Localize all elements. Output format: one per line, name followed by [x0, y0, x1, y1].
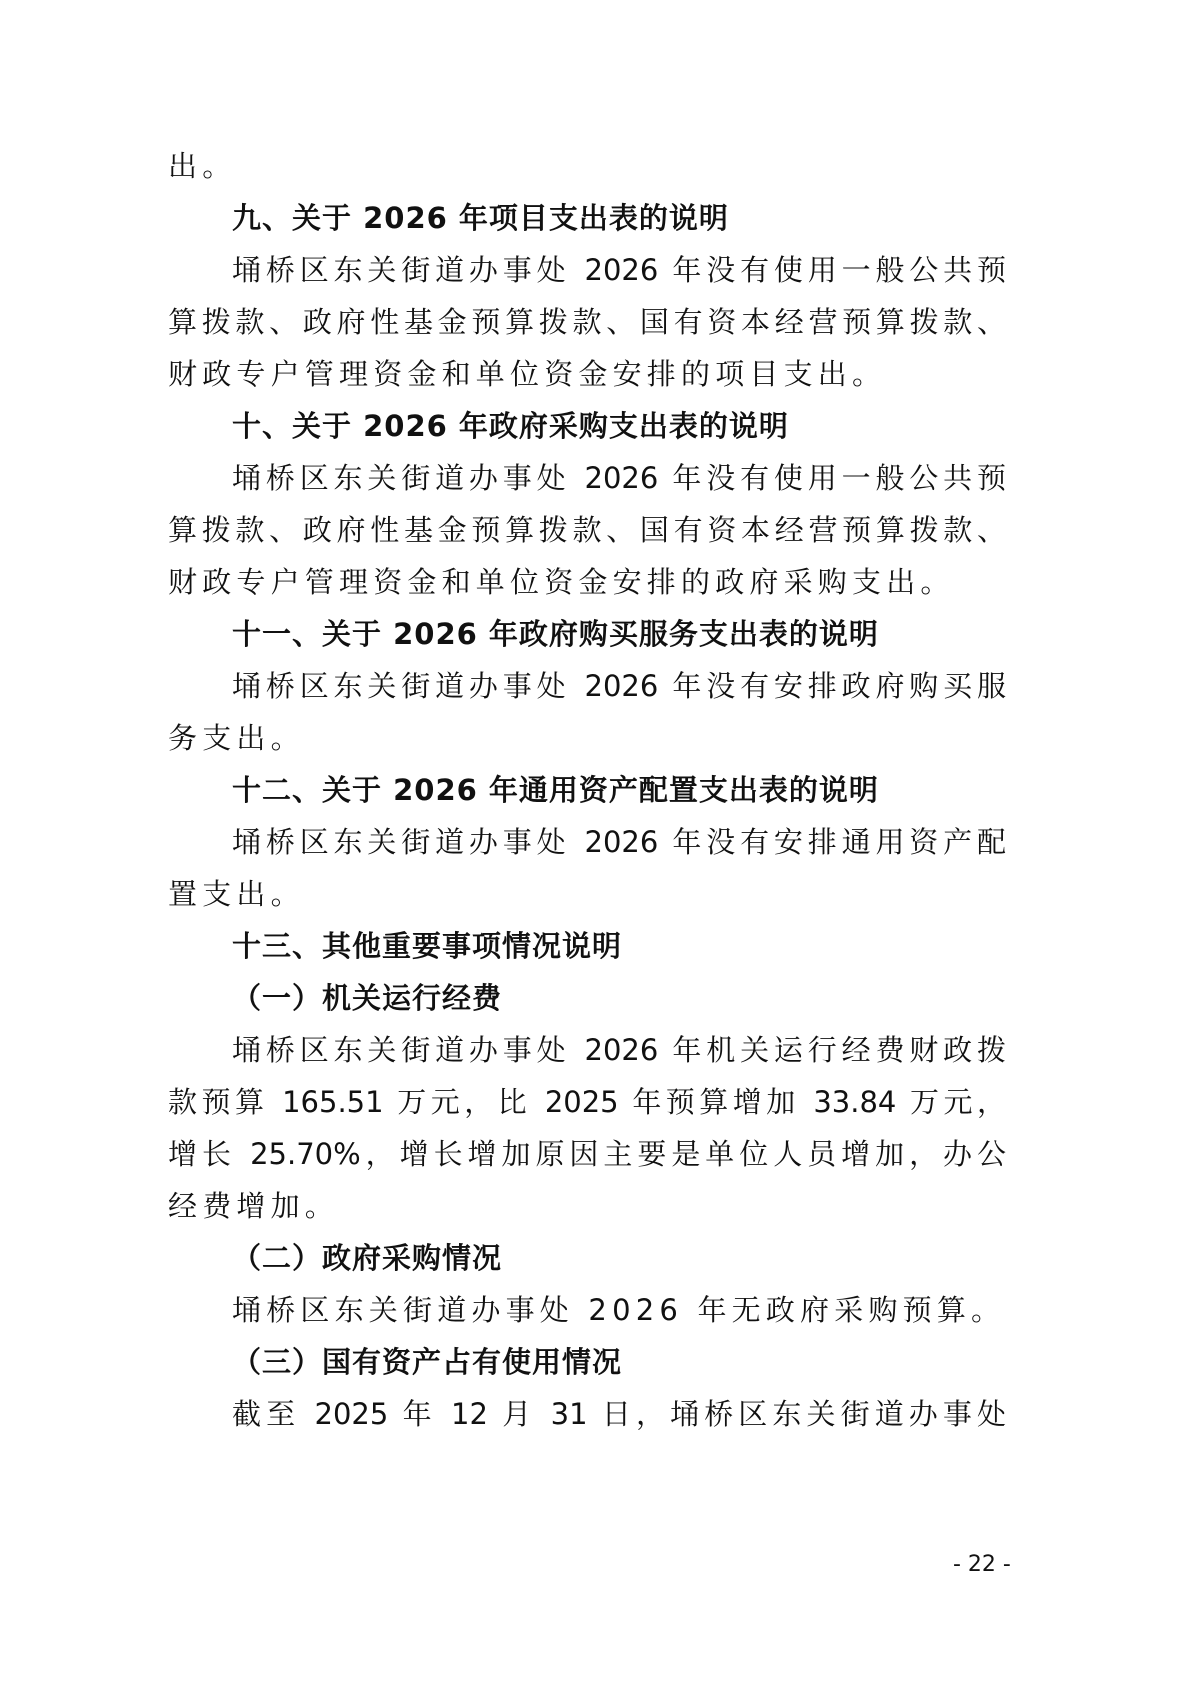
paragraph-line: 埇桥区东关街道办事处 2026 年机关运行经费财政拨	[232, 1024, 1006, 1076]
paragraph-line: 埇桥区东关街道办事处 2026 年没有使用一般公共预	[232, 244, 1006, 296]
paragraph-line: 埇桥区东关街道办事处 2026 年没有安排政府购买服	[232, 660, 1006, 712]
paragraph-line: 经费增加。	[168, 1180, 339, 1232]
paragraph-line: 埇桥区东关街道办事处 2026 年无政府采购预算。	[232, 1284, 1005, 1336]
paragraph-line: 财政专户管理资金和单位资金安排的政府采购支出。	[168, 556, 955, 608]
section-heading: 十一、关于 2026 年政府购买服务支出表的说明	[232, 608, 879, 660]
section-heading: 十三、其他重要事项情况说明	[232, 920, 622, 972]
page-number: - 22 -	[953, 1552, 1011, 1577]
paragraph-line: 增长 25.70%，增长增加原因主要是单位人员增加，办公	[168, 1128, 1006, 1180]
section-heading: （一）机关运行经费	[232, 972, 502, 1024]
section-heading: 十二、关于 2026 年通用资产配置支出表的说明	[232, 764, 879, 816]
section-heading: （三）国有资产占有使用情况	[232, 1336, 622, 1388]
section-heading: 九、关于 2026 年项目支出表的说明	[232, 192, 729, 244]
paragraph-line: 埇桥区东关街道办事处 2026 年没有安排通用资产配	[232, 816, 1006, 868]
paragraph-line: 埇桥区东关街道办事处 2026 年没有使用一般公共预	[232, 452, 1006, 504]
paragraph-line: 出。	[168, 140, 236, 192]
paragraph-line: 置支出。	[168, 868, 305, 920]
paragraph-line: 款预算 165.51 万元，比 2025 年预算增加 33.84 万元，	[168, 1076, 1006, 1128]
paragraph-line: 算拨款、政府性基金预算拨款、国有资本经营预算拨款、	[168, 296, 1006, 348]
paragraph-line: 截至 2025 年 12 月 31 日，埇桥区东关街道办事处	[232, 1388, 1006, 1440]
paragraph-line: 算拨款、政府性基金预算拨款、国有资本经营预算拨款、	[168, 504, 1006, 556]
paragraph-line: 务支出。	[168, 712, 305, 764]
section-heading: （二）政府采购情况	[232, 1232, 502, 1284]
section-heading: 十、关于 2026 年政府采购支出表的说明	[232, 400, 789, 452]
paragraph-line: 财政专户管理资金和单位资金安排的项目支出。	[168, 348, 886, 400]
